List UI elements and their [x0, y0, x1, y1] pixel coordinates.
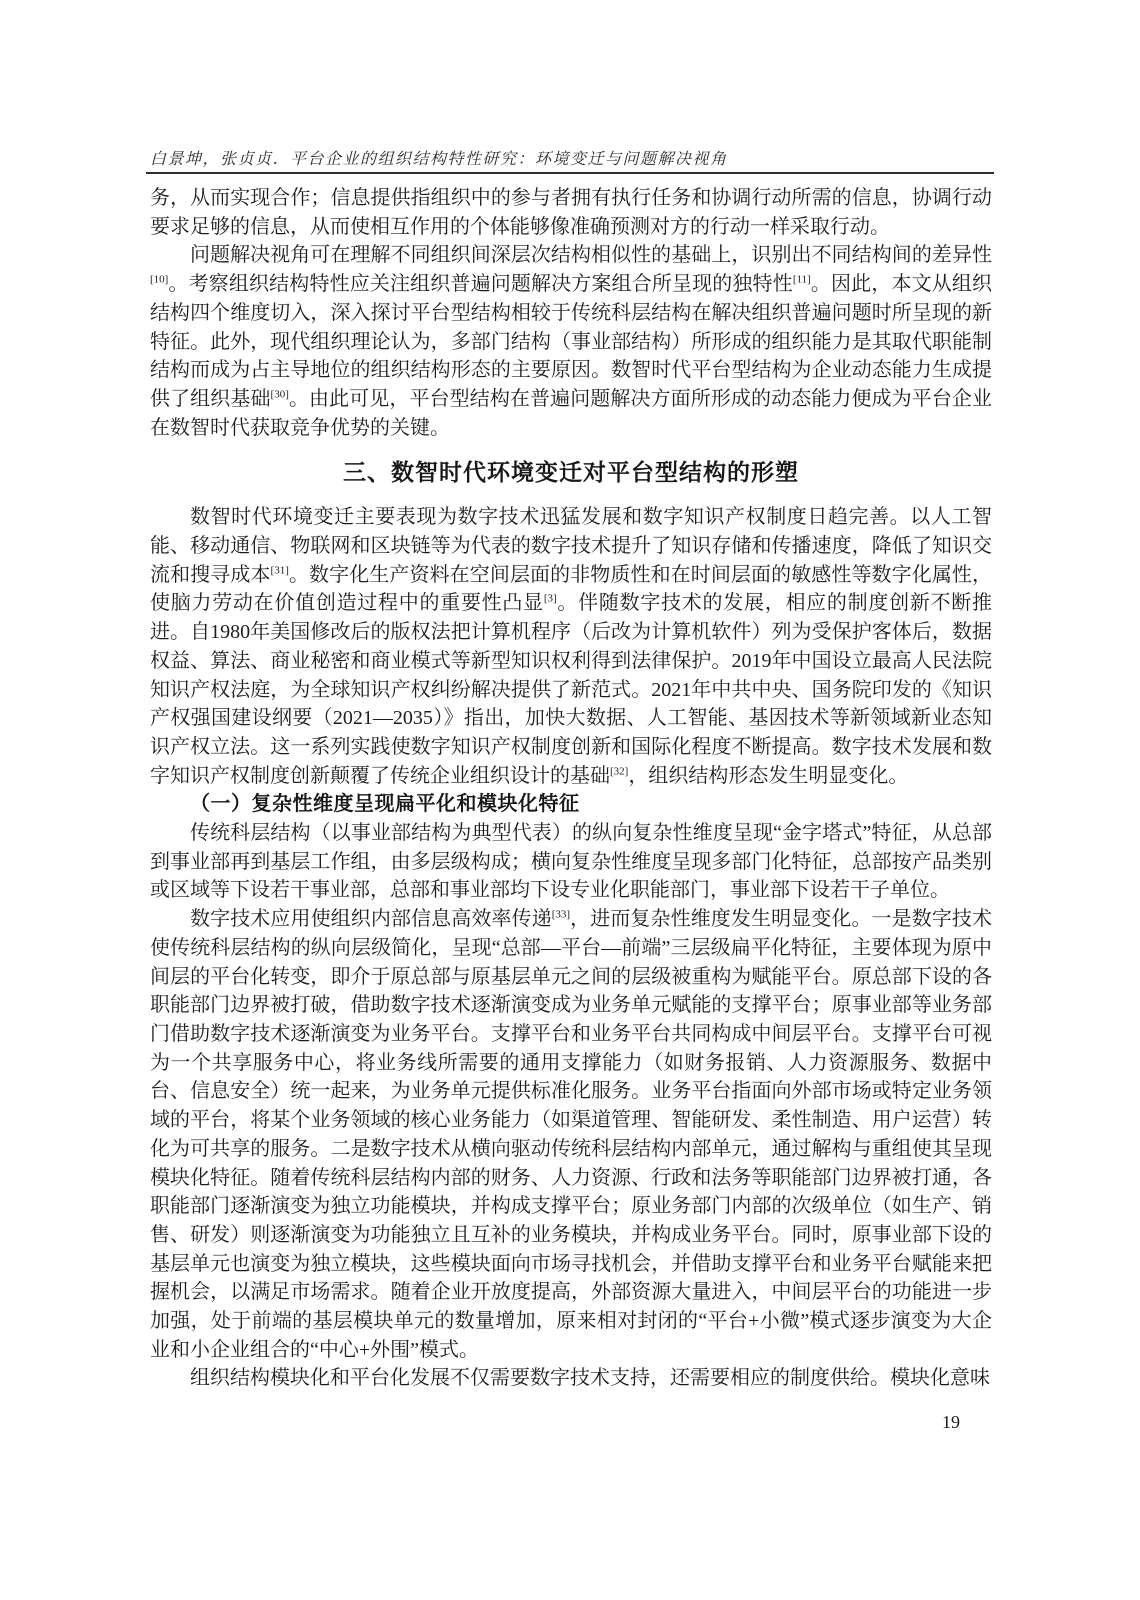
citation-ref: [3]: [544, 593, 557, 605]
citation-ref: [11]: [793, 273, 811, 285]
header-rule: [146, 172, 994, 174]
paragraph: 问题解决视角可在理解不同组织间深层次结构相似性的基础上，识别出不同结构间的差异性…: [150, 241, 992, 442]
citation-ref: [32]: [610, 765, 628, 777]
paper-page: 白景坤，张贞贞．平台企业的组织结构特性研究：环境变迁与问题解决视角 务，从而实现…: [0, 0, 1140, 1600]
paragraph: 传统科层结构（以事业部结构为典型代表）的纵向复杂性维度呈现“金字塔式”特征，从总…: [150, 819, 992, 905]
page-number: 19: [942, 1412, 960, 1433]
paragraph: 组织结构模块化和平台化发展不仅需要数字技术支持，还需要相应的制度供给。模块化意味: [150, 1364, 992, 1393]
paragraph: 务，从而实现合作；信息提供指组织中的参与者拥有执行任务和协调行动所需的信息，协调…: [150, 184, 992, 241]
citation-ref: [10]: [150, 273, 168, 285]
paragraph: 数字技术应用使组织内部信息高效率传递[33]，进而复杂性维度发生明显变化。一是数…: [150, 905, 992, 1364]
citation-ref: [30]: [271, 388, 289, 400]
article-body: 务，从而实现合作；信息提供指组织中的参与者拥有执行任务和协调行动所需的信息，协调…: [150, 184, 992, 1393]
sub-heading: （一）复杂性维度呈现扁平化和模块化特征: [150, 790, 992, 819]
section-heading: 三、数智时代环境变迁对平台型结构的形塑: [150, 457, 992, 487]
paragraph: 数智时代环境变迁主要表现为数字技术迅猛发展和数字知识产权制度日趋完善。以人工智能…: [150, 503, 992, 790]
citation-ref: [33]: [552, 909, 570, 921]
running-header: 白景坤，张贞贞．平台企业的组织结构特性研究：环境变迁与问题解决视角: [150, 146, 992, 169]
citation-ref: [31]: [271, 564, 289, 576]
